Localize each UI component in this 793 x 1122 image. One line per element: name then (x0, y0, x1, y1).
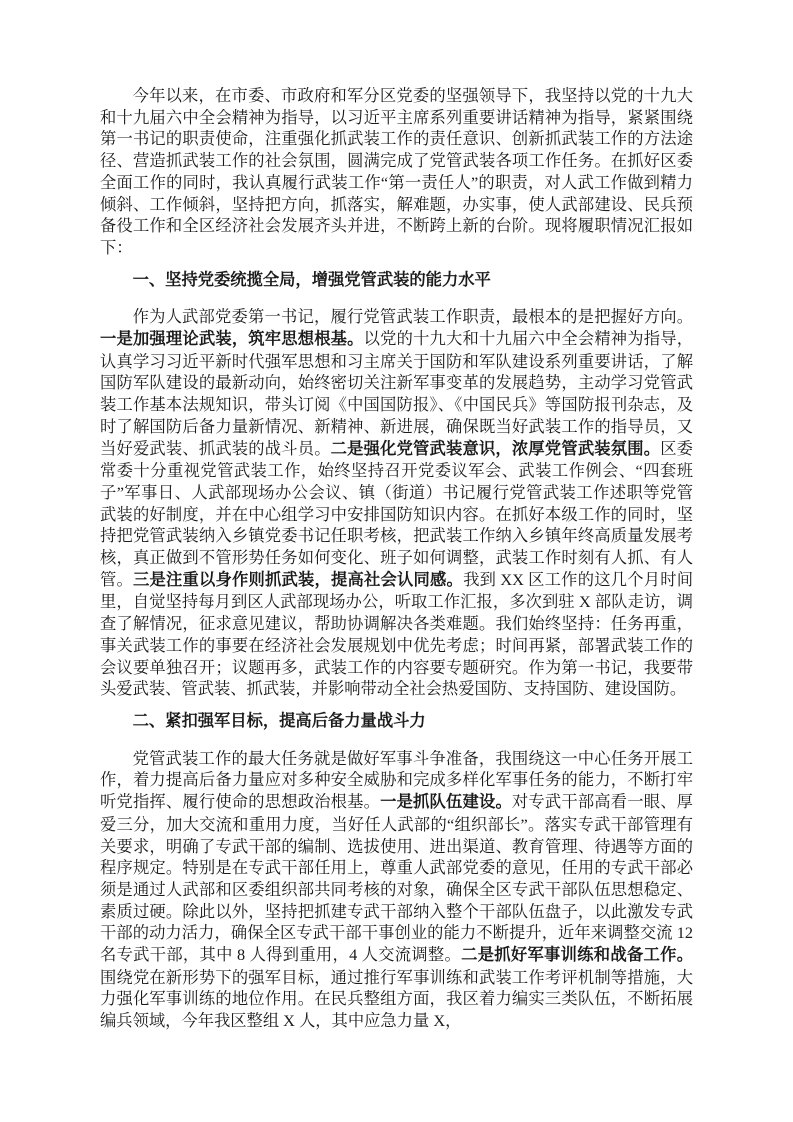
text-run: 作为人武部党委第一书记，履行党管武装工作职责，最根本的是把握好方向。 (133, 307, 693, 326)
text-run: 区委常委十分重视党管武装工作，始终坚持召开党委议军会、武装工作例会、“四套班子”… (100, 439, 693, 589)
text-run: 对专武干部高看一眼、厚爱三分，加大交流和重用力度，当好任人武部的“组织部长”。落… (100, 792, 693, 964)
bold-text-run: 二是抓好军事训练和战备工作。 (461, 946, 693, 964)
bold-text-run: 一是加强理论武装，筑牢思想根基。 (100, 330, 364, 348)
bold-text-run: 一、坚持党委统揽全局，增强党管武装的能力水平 (133, 271, 491, 289)
bold-text-run: 二是强化党管武装意识，浓厚党管武装氛围。 (331, 440, 661, 458)
paragraph: 今年以来，在市委、市政府和军分区党委的坚强领导下，我坚持以党的十九大和十九届六中… (100, 85, 693, 259)
document-page: 今年以来，在市委、市政府和军分区党委的坚强领导下，我坚持以党的十九大和十九届六中… (0, 0, 793, 1122)
text-run: 以党的十九大和十九届六中全会精神为指导，认真学习习近平新时代强军思想和习主席关于… (100, 329, 693, 458)
bold-text-run: 一是抓队伍建设。 (380, 793, 512, 811)
text-run: 围绕党在新形势下的强军目标，通过推行军事训练和武装工作考评机制等措施，大力强化军… (100, 968, 693, 1030)
paragraph: 党管武装工作的最大任务就是做好军事斗争准备，我围绕这一中心任务开展工作，着力提高… (100, 748, 693, 1032)
text-run: 今年以来，在市委、市政府和军分区党委的坚强领导下，我坚持以党的十九大和十九届六中… (100, 86, 693, 257)
bold-text-run: 三是注重以身作则抓武装，提高社会认同感。 (133, 571, 463, 589)
paragraph: 作为人武部党委第一书记，履行党管武装工作职责，最根本的是把握好方向。一是加强理论… (100, 306, 693, 700)
section-heading: 二、紧扣强军目标，提高后备力量战斗力 (100, 711, 693, 733)
section-heading: 一、坚持党委统揽全局，增强党管武装的能力水平 (100, 270, 693, 292)
text-run: 我到 XX 区工作的这几个月时间里，自觉坚持每月到区人武部现场办公，听取工作汇报… (100, 570, 693, 699)
document-body: 今年以来，在市委、市政府和军分区党委的坚强领导下，我坚持以党的十九大和十九届六中… (100, 85, 693, 1032)
bold-text-run: 二、紧扣强军目标，提高后备力量战斗力 (133, 712, 426, 730)
